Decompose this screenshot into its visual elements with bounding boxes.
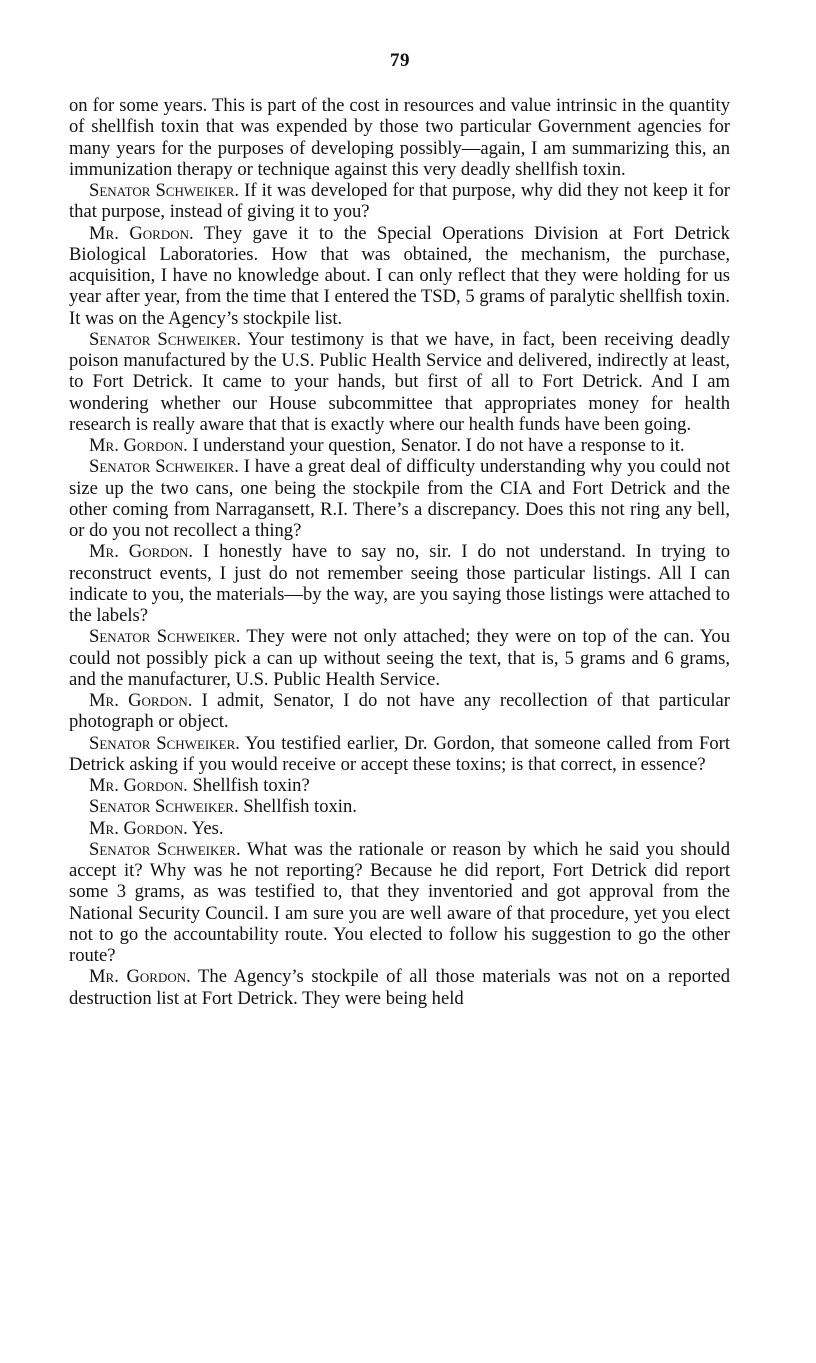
paragraph: Senator Schweiker. Your testimony is tha… — [69, 329, 730, 435]
paragraph: Mr. Gordon. They gave it to the Special … — [69, 223, 730, 329]
speaker-name: Mr. Gordon. — [89, 435, 188, 456]
paragraph-text: Shellfish toxin. — [239, 796, 357, 817]
hearing-transcript: on for some years. This is part of the c… — [69, 95, 730, 1009]
paragraph: Mr. Gordon. Shellfish toxin? — [69, 775, 730, 796]
paragraph: Mr. Gordon. I understand your question, … — [69, 435, 730, 456]
speaker-name: Mr. Gordon. — [89, 966, 191, 987]
paragraph: Mr. Gordon. The Agency’s stockpile of al… — [69, 966, 730, 1009]
paragraph: Mr. Gordon. I admit, Senator, I do not h… — [69, 690, 730, 733]
speaker-name: Mr. Gordon. — [89, 775, 188, 796]
paragraph: Mr. Gordon. Yes. — [69, 818, 730, 839]
speaker-name: Senator Schweiker. — [89, 180, 239, 201]
paragraph-text: Shellfish toxin? — [188, 775, 310, 796]
paragraph-text: I understand your question, Senator. I d… — [188, 435, 685, 456]
paragraph: Senator Schweiker. Shellfish toxin. — [69, 796, 730, 817]
paragraph: Mr. Gordon. I honestly have to say no, s… — [69, 541, 730, 626]
speaker-name: Senator Schweiker. — [89, 329, 241, 350]
speaker-name: Senator Schweiker. — [89, 839, 241, 860]
speaker-name: Mr. Gordon. — [89, 541, 193, 562]
paragraph-text: Yes. — [188, 818, 224, 839]
paragraph-text: on for some years. This is part of the c… — [69, 95, 730, 180]
speaker-name: Senator Schweiker. — [89, 733, 240, 754]
speaker-name: Senator Schweiker. — [89, 626, 240, 647]
speaker-name: Mr. Gordon. — [89, 690, 192, 711]
paragraph: Senator Schweiker. They were not only at… — [69, 626, 730, 690]
speaker-name: Mr. Gordon. — [89, 223, 194, 244]
paragraph: on for some years. This is part of the c… — [69, 95, 730, 180]
speaker-name: Mr. Gordon. — [89, 818, 188, 839]
paragraph: Senator Schweiker. I have a great deal o… — [69, 456, 730, 541]
paragraph: Senator Schweiker. You testified earlier… — [69, 733, 730, 776]
paragraph: Senator Schweiker. If it was developed f… — [69, 180, 730, 223]
paragraph: Senator Schweiker. What was the rational… — [69, 839, 730, 967]
speaker-name: Senator Schweiker. — [89, 796, 239, 817]
page-number: 79 — [0, 50, 800, 72]
speaker-name: Senator Schweiker. — [89, 456, 239, 477]
